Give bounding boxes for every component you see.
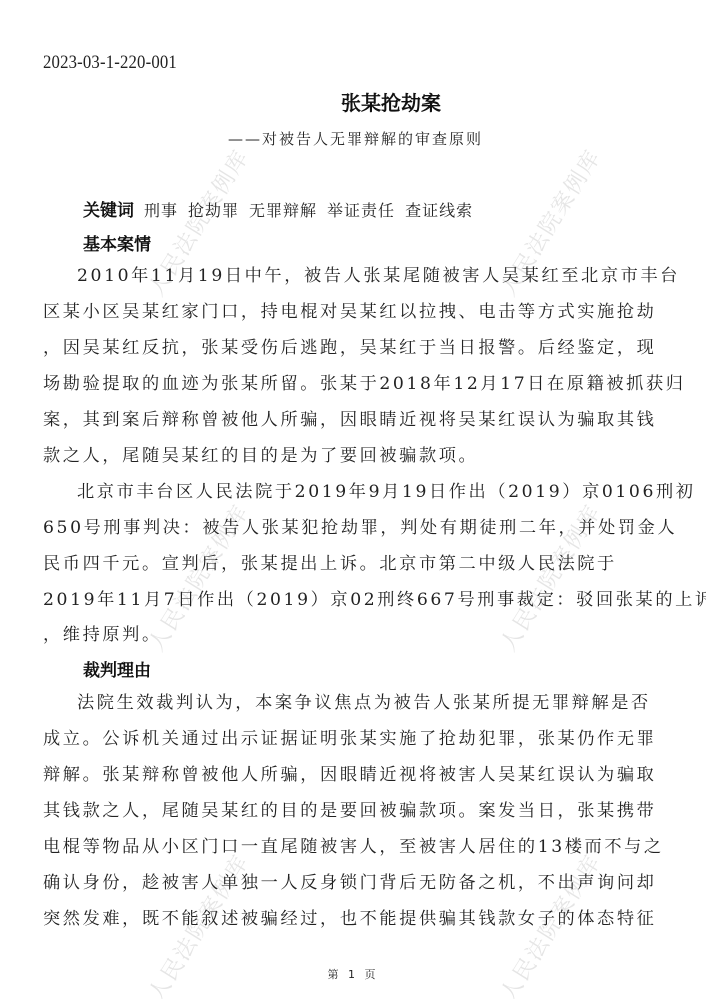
paragraph-line: 北京市丰台区人民法院于2019年9月19日作出（2019）京0106刑初 [77,480,697,504]
paragraph-line: 电棍等物品从小区门口一直尾随被害人，至被害人居住的13楼而不与之 [43,835,663,859]
paragraph-line: 确认身份，趁被害人单独一人反身锁门背后无防备之机，不出声询问却 [43,871,663,895]
subtitle: ——对被告人无罪辩解的审查原则 [228,128,483,149]
paragraph-line: ，因吴某红反抗，张某受伤后逃跑，吴某红于当日报警。后经鉴定，现 [43,336,663,360]
paragraph-line: 其钱款之人，尾随吴某红的目的是要回被骗款项。案发当日，张某携带 [43,799,663,823]
paragraph-line: 成立。公诉机关通过出示证据证明张某实施了抢劫犯罪，张某仍作无罪 [43,727,663,751]
keywords-row: 关键词 刑事 抢劫罪 无罪辩解 举证责任 查证线索 [83,196,473,221]
paragraph-line: 案，其到案后辩称曾被他人所骗，因眼睛近视将吴某红误认为骗取其钱 [43,408,663,432]
paragraph-line: 区某小区吴某红家门口，持电棍对吴某红以拉拽、电击等方式实施抢劫 [43,300,663,324]
paragraph-line: ，维持原判。 [43,623,663,647]
paragraph-line: 款之人，尾随吴某红的目的是为了要回被骗款项。 [43,444,663,468]
keyword: 举证责任 [327,201,395,220]
paragraph-line: 场勘验提取的血迹为张某所留。张某于2018年12月17日在原籍被抓获归 [43,372,663,396]
keyword: 刑事 [144,201,178,220]
paragraph-line: 民币四千元。宣判后，张某提出上诉。北京市第二中级人民法院于 [43,552,663,576]
paragraph-line: 2010年11月19日中午，被告人张某尾随被害人吴某红至北京市丰台 [77,264,697,288]
section-heading-basic-facts: 基本案情 [83,230,151,255]
page-title: 张某抢劫案 [0,87,706,116]
document-page: 人民法院案例库 人民法院案例库 人民法院案例库 人民法院案例库 人民法院案例库 … [0,0,706,999]
page-number: 第 1 页 [0,966,706,982]
keyword: 查证线索 [405,201,473,220]
section-heading-reasoning: 裁判理由 [83,656,151,681]
case-number: 2023-03-1-220-001 [43,52,177,74]
paragraph-line: 650号刑事判决：被告人张某犯抢劫罪，判处有期徒刑二年，并处罚金人 [43,516,663,540]
paragraph-line: 法院生效裁判认为，本案争议焦点为被告人张某所提无罪辩解是否 [77,691,697,715]
keywords-label: 关键词 [83,201,134,221]
paragraph-line: 突然发难，既不能叙述被骗经过，也不能提供骗其钱款女子的体态特征 [43,907,663,931]
paragraph-line: 辩解。张某辩称曾被他人所骗，因眼睛近视将被害人吴某红误认为骗取 [43,763,663,787]
keyword: 无罪辩解 [249,201,317,220]
keyword: 抢劫罪 [188,201,239,220]
paragraph-line: 2019年11月7日作出（2019）京02刑终667号刑事裁定：驳回张某的上诉 [43,588,663,612]
